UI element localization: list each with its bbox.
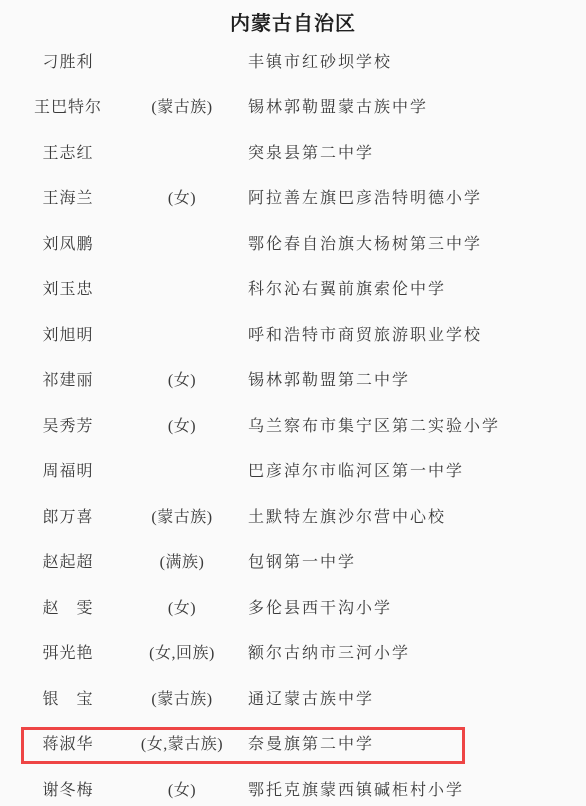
table-row: 王巴特尔 (蒙古族) 锡林郭勒盟蒙古族中学 (0, 86, 586, 132)
school-name: 科尔沁右翼前旗索伦中学 (248, 282, 586, 298)
school-name: 突泉县第二中学 (248, 146, 586, 162)
school-name: 锡林郭勒盟蒙古族中学 (248, 100, 586, 116)
page-title: 内蒙古自治区 (0, 0, 586, 36)
table-row: 银 宝 (蒙古族) 通辽蒙古族中学 (0, 677, 586, 723)
school-name: 鄂伦春自治旗大杨树第三中学 (248, 237, 586, 253)
table-row: 刘旭明 呼和浩特市商贸旅游职业学校 (0, 313, 586, 359)
person-name: 刁胜利 (20, 55, 116, 71)
person-name: 谢冬梅 (20, 783, 116, 799)
table-row: 刘玉忠 科尔沁右翼前旗索伦中学 (0, 268, 586, 314)
school-name: 土默特左旗沙尔营中心校 (248, 510, 586, 526)
table-row: 刁胜利 丰镇市红砂坝学校 (0, 40, 586, 86)
table-row: 谢冬梅 (女) 鄂托克旗蒙西镇碱柜村小学 (0, 768, 586, 806)
table-row: 赵 雯 (女) 多伦县西干沟小学 (0, 586, 586, 632)
roster-list: 刁胜利 丰镇市红砂坝学校 王巴特尔 (蒙古族) 锡林郭勒盟蒙古族中学 王志红 突… (0, 40, 586, 806)
table-row-highlighted: 蒋淑华 (女,蒙古族) 奈曼旗第二中学 (0, 723, 586, 769)
person-name: 刘凤鹏 (20, 237, 116, 253)
person-name: 王海兰 (20, 191, 116, 207)
table-row: 吴秀芳 (女) 乌兰察布市集宁区第二实验小学 (0, 404, 586, 450)
school-name: 呼和浩特市商贸旅游职业学校 (248, 328, 586, 344)
person-name: 祁建丽 (20, 373, 116, 389)
gender-ethnicity-note: (女,回族) (116, 646, 248, 662)
person-name: 弭光艳 (20, 646, 116, 662)
person-name: 周福明 (20, 464, 116, 480)
table-row: 王海兰 (女) 阿拉善左旗巴彦浩特明德小学 (0, 177, 586, 223)
gender-ethnicity-note: (蒙古族) (116, 100, 248, 116)
person-name: 蒋淑华 (20, 737, 116, 753)
school-name: 巴彦淖尔市临河区第一中学 (248, 464, 586, 480)
table-row: 周福明 巴彦淖尔市临河区第一中学 (0, 450, 586, 496)
person-name: 王巴特尔 (20, 100, 116, 116)
school-name: 鄂托克旗蒙西镇碱柜村小学 (248, 783, 586, 799)
person-name: 吴秀芳 (20, 419, 116, 435)
table-row: 王志红 突泉县第二中学 (0, 131, 586, 177)
school-name: 多伦县西干沟小学 (248, 601, 586, 617)
gender-ethnicity-note: (女,蒙古族) (116, 737, 248, 753)
gender-ethnicity-note: (女) (116, 191, 248, 207)
person-name: 刘玉忠 (20, 282, 116, 298)
school-name: 锡林郭勒盟第二中学 (248, 373, 586, 389)
document-page: 内蒙古自治区 刁胜利 丰镇市红砂坝学校 王巴特尔 (蒙古族) 锡林郭勒盟蒙古族中… (0, 0, 586, 806)
person-name: 王志红 (20, 146, 116, 162)
gender-ethnicity-note: (女) (116, 373, 248, 389)
table-row: 赵起超 (满族) 包钢第一中学 (0, 541, 586, 587)
school-name: 丰镇市红砂坝学校 (248, 55, 586, 71)
table-row: 弭光艳 (女,回族) 额尔古纳市三河小学 (0, 632, 586, 678)
person-name: 刘旭明 (20, 328, 116, 344)
person-name: 赵 雯 (20, 601, 116, 617)
school-name: 通辽蒙古族中学 (248, 692, 586, 708)
person-name: 银 宝 (20, 692, 116, 708)
school-name: 额尔古纳市三河小学 (248, 646, 586, 662)
gender-ethnicity-note: (蒙古族) (116, 692, 248, 708)
table-row: 郎万喜 (蒙古族) 土默特左旗沙尔营中心校 (0, 495, 586, 541)
gender-ethnicity-note: (蒙古族) (116, 510, 248, 526)
gender-ethnicity-note: (女) (116, 601, 248, 617)
school-name: 奈曼旗第二中学 (248, 737, 586, 753)
gender-ethnicity-note: (满族) (116, 555, 248, 571)
person-name: 赵起超 (20, 555, 116, 571)
table-row: 刘凤鹏 鄂伦春自治旗大杨树第三中学 (0, 222, 586, 268)
table-row: 祁建丽 (女) 锡林郭勒盟第二中学 (0, 359, 586, 405)
school-name: 乌兰察布市集宁区第二实验小学 (248, 419, 586, 435)
person-name: 郎万喜 (20, 510, 116, 526)
gender-ethnicity-note: (女) (116, 783, 248, 799)
school-name: 阿拉善左旗巴彦浩特明德小学 (248, 191, 586, 207)
school-name: 包钢第一中学 (248, 555, 586, 571)
gender-ethnicity-note: (女) (116, 419, 248, 435)
